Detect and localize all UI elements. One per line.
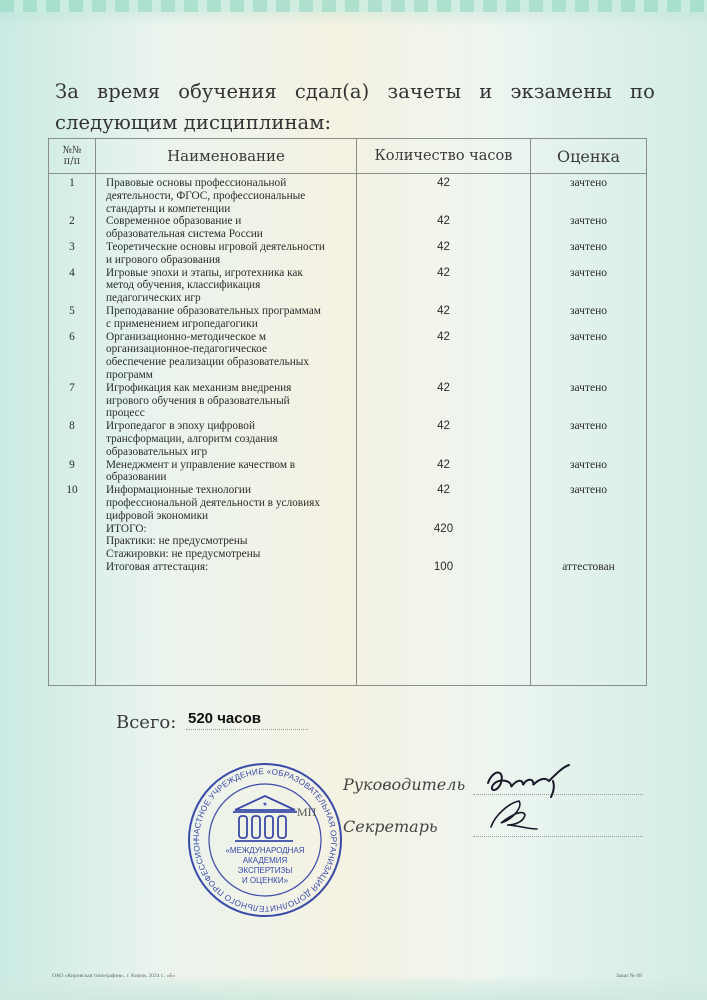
row-spacer xyxy=(49,407,95,420)
row-spacer xyxy=(49,318,95,331)
row-grade: зачтено xyxy=(531,331,646,344)
row-number: 3 xyxy=(49,241,95,254)
disciplines-table: №№ п/п Наименование Количество часов Оце… xyxy=(48,138,647,686)
hours-column: 42424242424242424242420100 xyxy=(357,174,531,686)
discipline-name-line: Современное образование и xyxy=(106,215,356,228)
row-hours: 42 xyxy=(357,305,530,318)
row-grade: зачтено xyxy=(531,267,646,280)
row-spacer xyxy=(531,497,646,510)
row-grade: зачтено xyxy=(531,241,646,254)
discipline-name-line: Игровые эпохи и этапы, игротехника как xyxy=(106,267,356,280)
row-hours: 42 xyxy=(357,459,530,472)
row-spacer xyxy=(49,446,95,459)
discipline-name-line: профессиональной деятельности в условиях xyxy=(106,497,356,510)
discipline-name-line: программ xyxy=(106,369,356,382)
discipline-name-line: Теоретические основы игровой деятельност… xyxy=(106,241,356,254)
row-number: 4 xyxy=(49,267,95,280)
row-spacer xyxy=(49,343,95,356)
row-spacer xyxy=(357,395,530,408)
decorative-bottom-border xyxy=(0,978,707,1000)
discipline-name-line: Информационные технологии xyxy=(106,484,356,497)
discipline-name-line: образовательных игр xyxy=(106,446,356,459)
discipline-name-line: Игропедагог в эпоху цифровой xyxy=(106,420,356,433)
row-spacer xyxy=(49,535,95,548)
row-spacer xyxy=(49,433,95,446)
row-grade: зачтено xyxy=(531,484,646,497)
summary-final-attestation-label: Итоговая аттестация: xyxy=(106,561,356,574)
discipline-name-line: и игрового образования xyxy=(106,254,356,267)
table-body: 12345678910 Правовые основы профессионал… xyxy=(49,174,647,686)
stamp-center-line: АКАДЕМИЯ xyxy=(243,856,288,865)
row-spacer xyxy=(49,471,95,484)
row-grade: зачтено xyxy=(531,305,646,318)
row-number: 10 xyxy=(49,484,95,497)
stamp-center-line: ЭКСПЕРТИЗЫ xyxy=(238,866,293,875)
name-column: Правовые основы профессиональнойдеятельн… xyxy=(96,174,357,686)
discipline-name-line: образовательная система России xyxy=(106,228,356,241)
row-spacer xyxy=(357,356,530,369)
row-spacer xyxy=(49,497,95,510)
row-spacer xyxy=(531,228,646,241)
row-spacer xyxy=(531,471,646,484)
row-spacer xyxy=(531,510,646,523)
row-spacer xyxy=(357,190,530,203)
header-number-line2: п/п xyxy=(49,156,95,167)
row-spacer xyxy=(49,254,95,267)
row-spacer xyxy=(49,292,95,305)
discipline-name-line: Организационно-методическое м xyxy=(106,331,356,344)
row-spacer xyxy=(49,548,95,561)
row-spacer xyxy=(531,395,646,408)
summary-itogo-label: ИТОГО: xyxy=(106,523,356,536)
row-spacer xyxy=(531,203,646,216)
row-spacer xyxy=(531,190,646,203)
order-number: Заказ № 68 xyxy=(616,973,642,979)
row-spacer xyxy=(357,433,530,446)
grade-column: зачтенозачтенозачтенозачтенозачтенозачте… xyxy=(531,174,647,686)
row-spacer xyxy=(49,510,95,523)
discipline-name-line: образовании xyxy=(106,471,356,484)
row-hours: 42 xyxy=(357,241,530,254)
organization-stamp: ЧАСТНОЕ УЧРЕЖДЕНИЕ «ОБРАЗОВАТЕЛЬНАЯ ОРГА… xyxy=(185,760,345,920)
row-spacer xyxy=(49,561,95,574)
discipline-name-line: педагогических игр xyxy=(106,292,356,305)
table-content-row: 12345678910 Правовые основы профессионал… xyxy=(49,174,647,686)
summary-itogo-hours: 420 xyxy=(357,523,530,536)
row-spacer xyxy=(49,190,95,203)
row-grade: зачтено xyxy=(531,459,646,472)
row-number: 9 xyxy=(49,459,95,472)
row-spacer xyxy=(357,446,530,459)
summary-final-attestation-hours: 100 xyxy=(357,561,530,574)
row-spacer xyxy=(357,510,530,523)
row-spacer xyxy=(357,228,530,241)
row-spacer xyxy=(531,446,646,459)
row-spacer xyxy=(531,548,646,561)
row-spacer xyxy=(49,523,95,536)
row-spacer xyxy=(357,548,530,561)
row-spacer xyxy=(531,279,646,292)
discipline-name-line: Менеджмент и управление качеством в xyxy=(106,459,356,472)
row-hours: 42 xyxy=(357,484,530,497)
discipline-name-line: трансформации, алгоритм создания xyxy=(106,433,356,446)
header-hours: Количество часов xyxy=(357,139,531,174)
number-column: 12345678910 xyxy=(49,174,96,686)
row-spacer xyxy=(531,254,646,267)
secretary-signature-line xyxy=(473,836,643,837)
discipline-name-line: Преподавание образовательных программам xyxy=(106,305,356,318)
summary-final-attestation-grade: аттестован xyxy=(531,561,646,574)
total-value: 520 часов xyxy=(186,710,308,730)
row-hours: 42 xyxy=(357,420,530,433)
row-spacer xyxy=(531,292,646,305)
row-grade: зачтено xyxy=(531,177,646,190)
row-spacer xyxy=(49,356,95,369)
discipline-name-line: с применением игропедагогики xyxy=(106,318,356,331)
total-hours-block: Всего: 520 часов xyxy=(116,712,176,733)
row-spacer xyxy=(357,279,530,292)
row-spacer xyxy=(531,535,646,548)
row-hours: 42 xyxy=(357,331,530,344)
header-grade: Оценка xyxy=(531,139,647,174)
row-spacer xyxy=(49,203,95,216)
row-spacer xyxy=(357,318,530,331)
header-number: №№ п/п xyxy=(49,139,96,174)
row-number: 5 xyxy=(49,305,95,318)
row-number: 7 xyxy=(49,382,95,395)
stamp-center-text: «МЕЖДУНАРОДНАЯАКАДЕМИЯЭКСПЕРТИЗЫИ ОЦЕНКИ… xyxy=(225,846,304,885)
row-spacer xyxy=(531,318,646,331)
stamp-center-line: И ОЦЕНКИ» xyxy=(242,876,289,885)
discipline-name-line: Правовые основы профессиональной xyxy=(106,177,356,190)
row-spacer xyxy=(357,535,530,548)
row-spacer xyxy=(49,228,95,241)
row-grade: зачтено xyxy=(531,215,646,228)
header-number-line1: №№ xyxy=(49,145,95,156)
discipline-name-line: цифровой экономики xyxy=(106,510,356,523)
row-spacer xyxy=(357,292,530,305)
discipline-name-line: процесс xyxy=(106,407,356,420)
row-grade: зачтено xyxy=(531,420,646,433)
stamp-mp-mark: МП xyxy=(297,805,317,819)
decorative-top-border xyxy=(0,0,707,12)
row-spacer xyxy=(531,523,646,536)
row-spacer xyxy=(357,407,530,420)
row-spacer xyxy=(357,497,530,510)
star-icon: ★ xyxy=(262,801,267,808)
discipline-name-line: деятельности, ФГОС, профессиональные xyxy=(106,190,356,203)
row-number: 6 xyxy=(49,331,95,344)
row-number: 2 xyxy=(49,215,95,228)
row-spacer xyxy=(357,343,530,356)
row-spacer xyxy=(49,369,95,382)
discipline-name-line: обеспечение реализации образовательных xyxy=(106,356,356,369)
row-number: 8 xyxy=(49,420,95,433)
printer-info: ОАО «Кировская типография», г. Киров, 20… xyxy=(52,973,175,979)
total-label: Всего: xyxy=(116,712,176,733)
table-header-row: №№ п/п Наименование Количество часов Оце… xyxy=(49,139,647,174)
row-spacer xyxy=(49,279,95,292)
row-spacer xyxy=(357,369,530,382)
row-spacer xyxy=(357,471,530,484)
discipline-name-line: Игрофикация как механизм внедрения xyxy=(106,382,356,395)
stamp-center-line: «МЕЖДУНАРОДНАЯ xyxy=(225,846,304,855)
row-grade: зачтено xyxy=(531,382,646,395)
row-spacer xyxy=(531,369,646,382)
summary-internship-label: Стажировки: не предусмотрены xyxy=(106,548,356,561)
row-spacer xyxy=(531,433,646,446)
row-hours: 42 xyxy=(357,267,530,280)
discipline-name-line: стандарты и компетенции xyxy=(106,203,356,216)
row-hours: 42 xyxy=(357,215,530,228)
secretary-signature-icon xyxy=(483,795,553,835)
discipline-name-line: организационное-педагогическое xyxy=(106,343,356,356)
discipline-name-line: метод обучения, классификация xyxy=(106,279,356,292)
row-spacer xyxy=(357,254,530,267)
secretary-signature-row: Секретарь xyxy=(343,817,643,841)
row-spacer xyxy=(357,203,530,216)
row-number: 1 xyxy=(49,177,95,190)
header-name: Наименование xyxy=(96,139,357,174)
secretary-label: Секретарь xyxy=(343,817,438,836)
row-hours: 42 xyxy=(357,382,530,395)
row-hours: 42 xyxy=(357,177,530,190)
director-label: Руководитель xyxy=(343,775,465,794)
discipline-name-line: игрового обучения в образовательный xyxy=(106,395,356,408)
summary-practice-label: Практики: не предусмотрены xyxy=(106,535,356,548)
row-spacer xyxy=(49,395,95,408)
row-spacer xyxy=(531,407,646,420)
row-spacer xyxy=(531,343,646,356)
row-spacer xyxy=(531,356,646,369)
page-heading: За время обучения сдал(а) зачеты и экзам… xyxy=(55,76,655,138)
